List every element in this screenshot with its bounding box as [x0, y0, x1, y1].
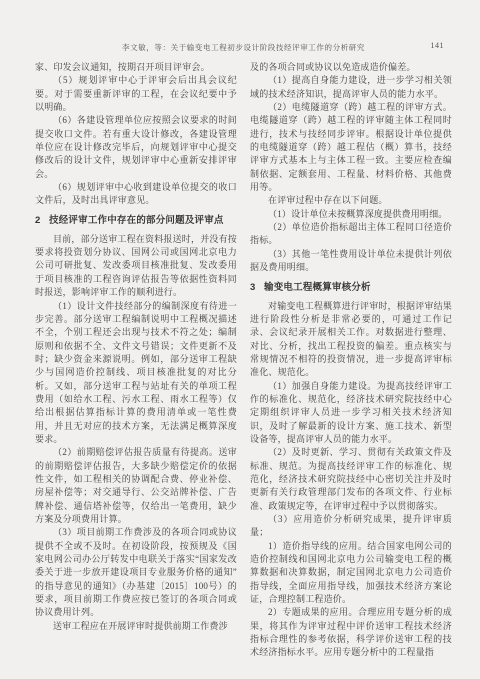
- section-heading-3: 3输变电工程概算审核分析: [250, 281, 452, 295]
- paragraph: （1）设计单位未按概算深度提供费用明细。: [250, 208, 452, 221]
- right-column: 及的各项合同或协议以免造成造价偏差。 （1）提高自身能力建设，进一步学习相关领域…: [250, 61, 452, 660]
- page-number: 141: [431, 41, 445, 50]
- paragraph: 1）造价指导线的应用。结合国家电网公司的造价控制线和国网北京电力公司输变电工程的…: [250, 540, 452, 607]
- paper-page: 李文敏，等：关于输变电工程初步设计阶段技经评审工作的分析研究 141 家、印发会…: [0, 0, 480, 679]
- paragraph: （2）单位造价指标超出主体工程同口径造价指标。: [250, 221, 452, 248]
- section-number: 2: [35, 215, 40, 226]
- section-heading-2: 2技经评审工作中存在的部分问题及评审点: [35, 214, 237, 228]
- paragraph: 家、印发会议通知，按期召开项目评审会。: [35, 61, 237, 74]
- paragraph: 在评审过程中存在以下问题。: [250, 194, 452, 207]
- paragraph: （3）项目前期工作费涉及的各项合同或协议提供不全或不及时。在初设阶段，按预规及《…: [35, 526, 237, 619]
- paragraph: （2）前期赔偿评估报告质量有待提高。送审的前期赔偿评估报告，大多缺少赔偿定价的依…: [35, 446, 237, 526]
- paragraph: （3）其他一笔性费用设计单位未提供计列依据及费用明细。: [250, 248, 452, 275]
- running-header: 李文敏，等：关于输变电工程初步设计阶段技经评审工作的分析研究 141: [35, 41, 452, 53]
- paragraph: （1）提高自身能力建设，进一步学习相关领域的技术经济知识，提高评审人员的能力水平…: [250, 74, 452, 101]
- paragraph: 2）专题成果的应用。合理应用专题分析的成果，将其作为评审过程中评价送审工程技术经…: [250, 606, 452, 659]
- section-title: 技经评审工作中存在的部分问题及评审点: [49, 215, 224, 226]
- section-number: 3: [250, 282, 255, 293]
- paragraph: （1）加强自身能力建设。为提高技经评审工作的标准化、规范化，经济技术研究院技经中…: [250, 380, 452, 447]
- paragraph: （1）设计文件技经部分的编制深度有待进一步完善。部分送审工程编制说明中工程概况描…: [35, 300, 237, 447]
- paragraph: 及的各项合同或协议以免造成造价偏差。: [250, 61, 452, 74]
- paragraph: （5）规划评审中心于评审会后出具会议纪要。对于需要重新评审的工程，在会议纪要中予…: [35, 74, 237, 114]
- paragraph: （6）各建设管理单位应按照会议要求的时间提交收口文件。若有重大设计修改，各建设管…: [35, 114, 237, 181]
- paragraph: （2）电缆隧道穿（跨）越工程的评审方式。电缆隧道穿（跨）越工程的评审随主体工程同…: [250, 101, 452, 194]
- paragraph: （6）规划评审中心收到建设单位提交的收口文件后，及时出具评审意见。: [35, 181, 237, 208]
- paragraph: 目前，部分送审工程在资料报送时，并没有按要求将投资划分协议、国网公司或国网北京电…: [35, 233, 237, 300]
- paragraph: （3）应用造价分析研究成果，提升评审质量；: [250, 513, 452, 540]
- paragraph: 对输变电工程概算进行评审时，根据评审结果进行阶段性分析是非常必要的，可通过工作记…: [250, 300, 452, 380]
- running-title: 李文敏，等：关于输变电工程初步设计阶段技经评审工作的分析研究: [35, 42, 452, 53]
- section-title: 输变电工程概算审核分析: [264, 282, 371, 293]
- paragraph: 送审工程应在开展评审时提供前期工作费涉: [35, 620, 237, 633]
- paragraph: （2）及时更新、学习、贯彻有关政策文件及标准、规范。为提高技经评审工作的标准化、…: [250, 446, 452, 513]
- left-column: 家、印发会议通知，按期召开项目评审会。 （5）规划评审中心于评审会后出具会议纪要…: [35, 61, 237, 660]
- body-columns: 家、印发会议通知，按期召开项目评审会。 （5）规划评审中心于评审会后出具会议纪要…: [35, 61, 452, 660]
